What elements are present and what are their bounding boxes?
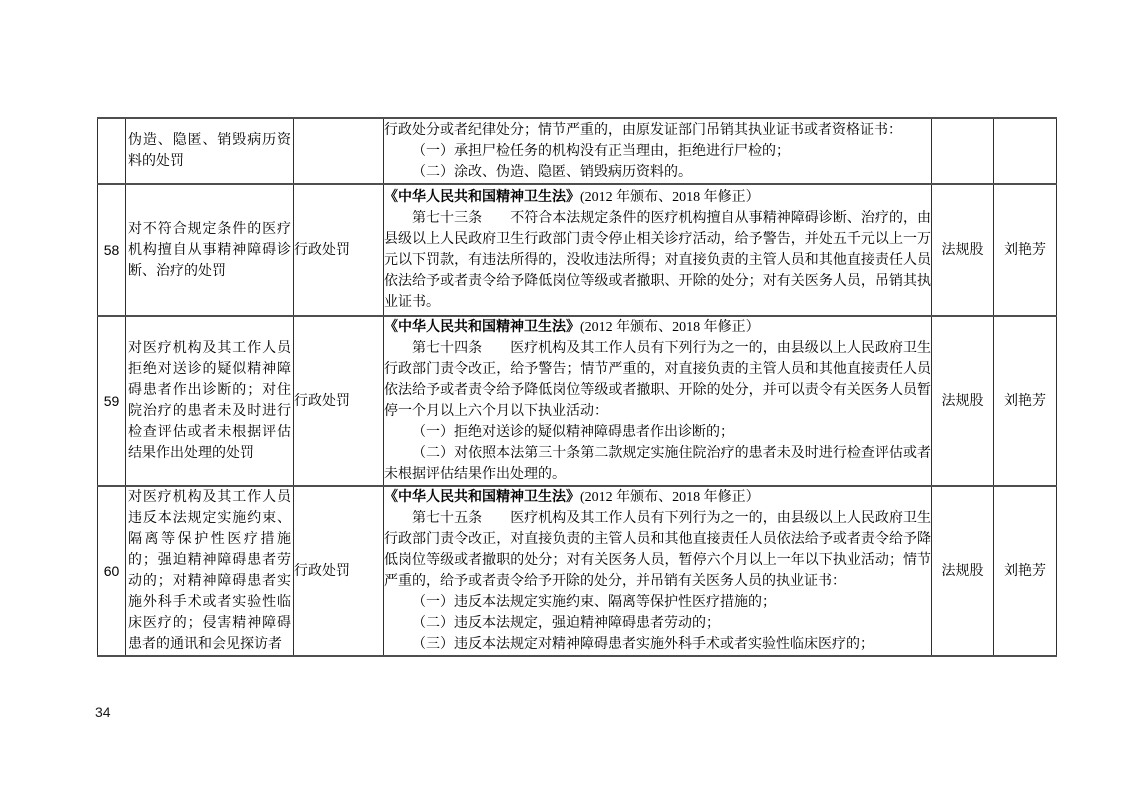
legal-paragraph: （二）涂改、伪造、隐匿、销毁病历资料的。 [384, 162, 931, 183]
cell-legal-basis: 行政处分或者纪律处分；情节严重的，由原发证部门吊销其执业证书或者资格证书：（一）… [384, 118, 932, 184]
violation-text: 对医疗机构及其工作人员拒绝对送诊的疑似精神障碍患者作出诊断的；对住院治疗的患者未… [126, 338, 293, 464]
legal-paragraph: （一）拒绝对送诊的疑似精神障碍患者作出诊断的； [384, 422, 931, 443]
law-note: (2012 年颁布、2018 年修正） [580, 190, 760, 205]
table-row: 58 对不符合规定条件的医疗机构擅自从事精神障碍诊断、治疗的处罚 行政处罚 《中… [98, 184, 1057, 316]
legal-paragraph: （二）对依照本法第三十条第二款规定实施住院治疗的患者未及时进行检查评估或者未根据… [384, 443, 931, 485]
legal-paragraph: （三）违反本法规定对精神障碍患者实施外科手术或者实验性临床医疗的； [384, 634, 931, 655]
legal-paragraph: 第七十三条 不符合本法规定条件的医疗机构擅自从事精神障碍诊断、治疗的，由县级以上… [384, 208, 931, 313]
page-number: 34 [95, 704, 111, 720]
legal-paragraph: （一）承担尸检任务的机构没有正当理由，拒绝进行尸检的； [384, 141, 931, 162]
cell-penalty-type: 行政处罚 [294, 486, 384, 656]
law-title: 《中华人民共和国精神卫生法》 [384, 320, 580, 335]
law-title-line: 《中华人民共和国精神卫生法》(2012 年颁布、2018 年修正） [384, 317, 931, 338]
table-row: 59 对医疗机构及其工作人员拒绝对送诊的疑似精神障碍患者作出诊断的；对住院治疗的… [98, 316, 1057, 486]
cell-number: 58 [98, 184, 126, 316]
table-row: 伪造、隐匿、销毁病历资料的处罚 行政处分或者纪律处分；情节严重的，由原发证部门吊… [98, 118, 1057, 184]
violation-text: 对医疗机构及其工作人员违反本法规定实施约束、隔离等保护性医疗措施的；强迫精神障碍… [126, 487, 293, 655]
cell-department: 法规股 [932, 316, 994, 486]
cell-legal-basis: 《中华人民共和国精神卫生法》(2012 年颁布、2018 年修正）第七十四条 医… [384, 316, 932, 486]
law-title: 《中华人民共和国精神卫生法》 [384, 190, 580, 205]
cell-number [98, 118, 126, 184]
legal-paragraph: （二）违反本法规定，强迫精神障碍患者劳动的； [384, 613, 931, 634]
cell-reviewer: 刘艳芳 [994, 184, 1057, 316]
law-title: 《中华人民共和国精神卫生法》 [384, 490, 580, 505]
legal-paragraph: 第七十五条 医疗机构及其工作人员有下列行为之一的，由县级以上人民政府卫生行政部门… [384, 508, 931, 592]
legal-paragraph: （一）违反本法规定实施约束、隔离等保护性医疗措施的； [384, 592, 931, 613]
cell-penalty-type [294, 118, 384, 184]
cell-number: 59 [98, 316, 126, 486]
legal-paragraph: 行政处分或者纪律处分；情节严重的，由原发证部门吊销其执业证书或者资格证书： [384, 120, 931, 141]
cell-violation: 对医疗机构及其工作人员违反本法规定实施约束、隔离等保护性医疗措施的；强迫精神障碍… [126, 486, 294, 656]
violation-text: 对不符合规定条件的医疗机构擅自从事精神障碍诊断、治疗的处罚 [126, 219, 293, 282]
cell-department: 法规股 [932, 486, 994, 656]
law-note: (2012 年颁布、2018 年修正） [580, 320, 760, 335]
legal-paragraph: 第七十四条 医疗机构及其工作人员有下列行为之一的，由县级以上人民政府卫生行政部门… [384, 338, 931, 422]
cell-legal-basis: 《中华人民共和国精神卫生法》(2012 年颁布、2018 年修正）第七十三条 不… [384, 184, 932, 316]
cell-number: 60 [98, 486, 126, 656]
cell-reviewer [994, 118, 1057, 184]
cell-penalty-type: 行政处罚 [294, 316, 384, 486]
penalties-table: 伪造、隐匿、销毁病历资料的处罚 行政处分或者纪律处分；情节严重的，由原发证部门吊… [97, 117, 1057, 657]
cell-reviewer: 刘艳芳 [994, 316, 1057, 486]
cell-legal-basis: 《中华人民共和国精神卫生法》(2012 年颁布、2018 年修正）第七十五条 医… [384, 486, 932, 656]
violation-text: 伪造、隐匿、销毁病历资料的处罚 [126, 130, 293, 172]
cell-department [932, 118, 994, 184]
cell-violation: 伪造、隐匿、销毁病历资料的处罚 [126, 118, 294, 184]
cell-penalty-type: 行政处罚 [294, 184, 384, 316]
cell-violation: 对不符合规定条件的医疗机构擅自从事精神障碍诊断、治疗的处罚 [126, 184, 294, 316]
cell-violation: 对医疗机构及其工作人员拒绝对送诊的疑似精神障碍患者作出诊断的；对住院治疗的患者未… [126, 316, 294, 486]
law-title-line: 《中华人民共和国精神卫生法》(2012 年颁布、2018 年修正） [384, 487, 931, 508]
law-note: (2012 年颁布、2018 年修正） [580, 490, 760, 505]
cell-department: 法规股 [932, 184, 994, 316]
document-page: 伪造、隐匿、销毁病历资料的处罚 行政处分或者纪律处分；情节严重的，由原发证部门吊… [0, 0, 1122, 793]
table-row: 60 对医疗机构及其工作人员违反本法规定实施约束、隔离等保护性医疗措施的；强迫精… [98, 486, 1057, 656]
law-title-line: 《中华人民共和国精神卫生法》(2012 年颁布、2018 年修正） [384, 187, 931, 208]
cell-reviewer: 刘艳芳 [994, 486, 1057, 656]
